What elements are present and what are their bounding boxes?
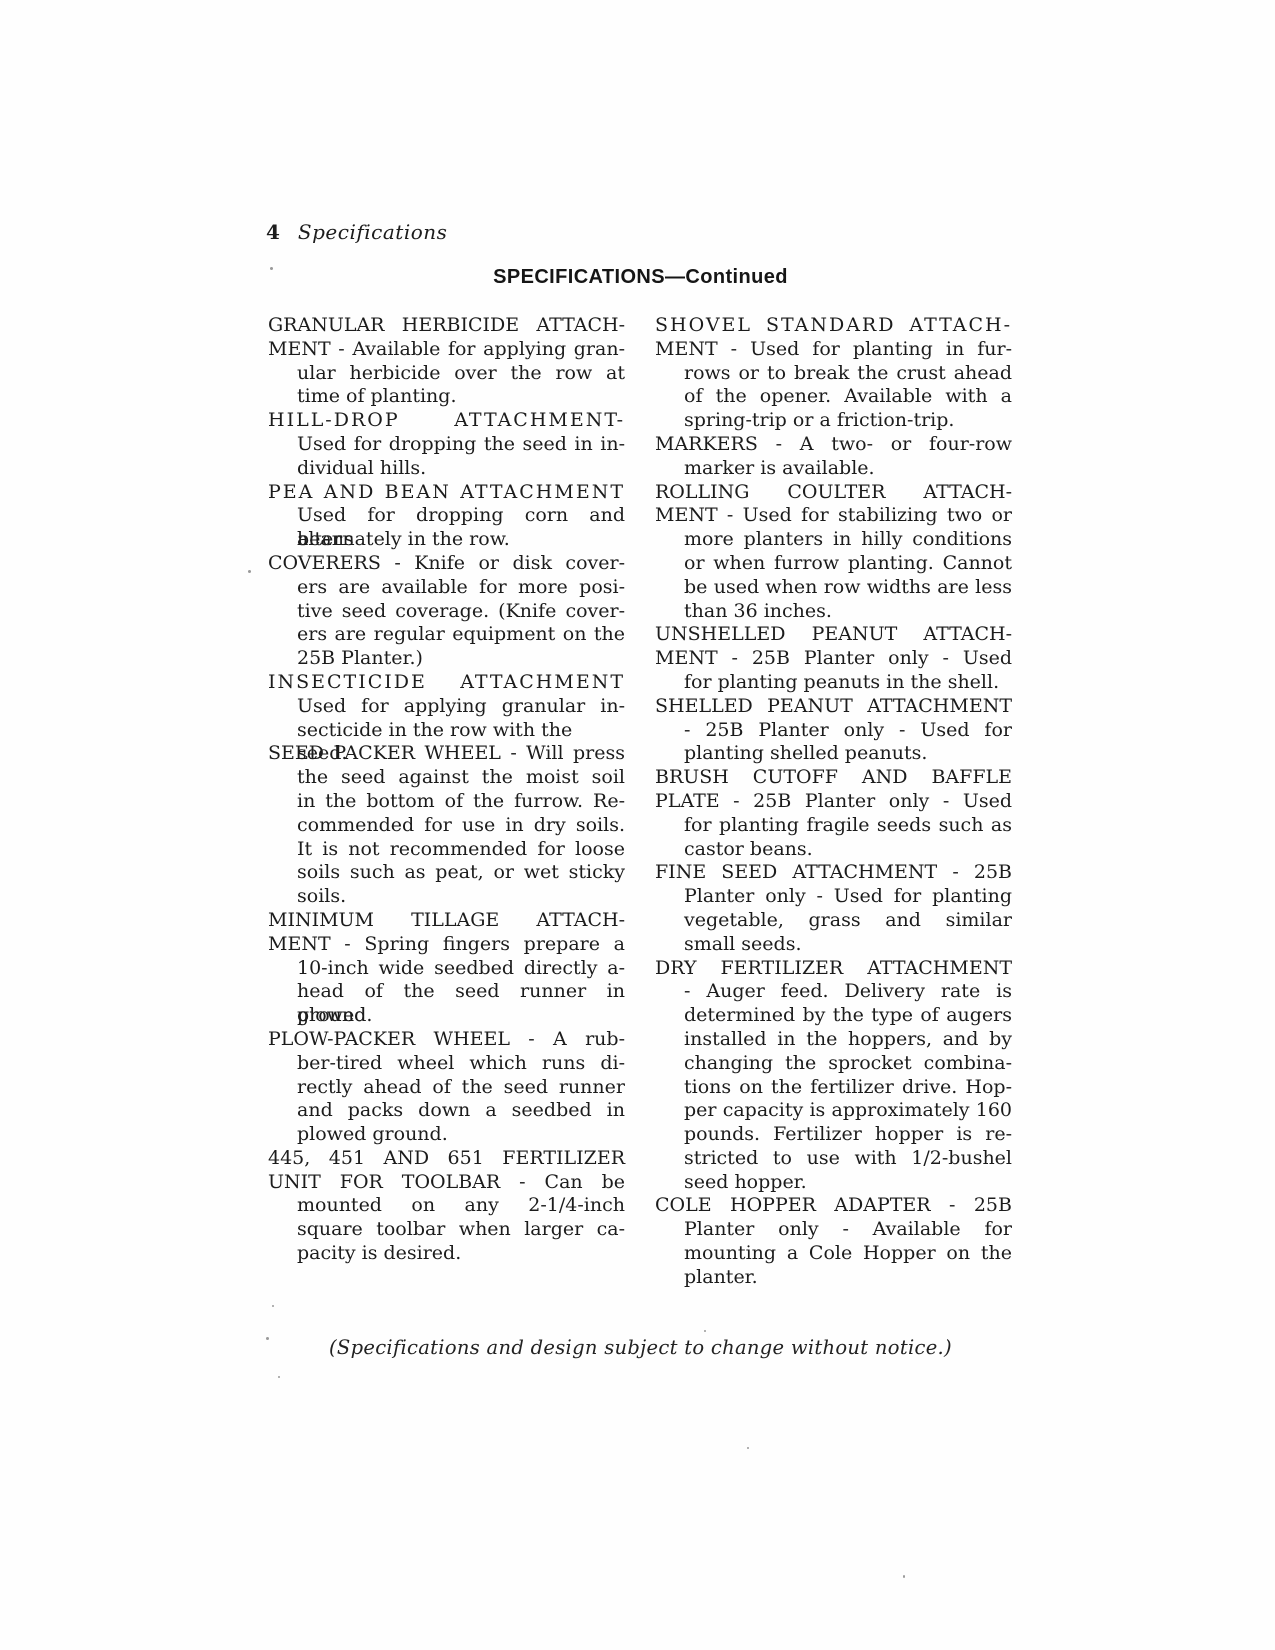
spec-line: mounting a Cole Hopper on the — [655, 1242, 1012, 1266]
spec-line: of the opener. Available with a — [655, 385, 1012, 409]
spec-line: ers are regular equipment on the — [268, 623, 625, 647]
page-number: 4 — [266, 220, 280, 244]
section-heading: SPECIFICATIONS—Continued — [268, 266, 1013, 289]
spec-line: PLOW-PACKER WHEEL - A rub- — [268, 1028, 625, 1052]
spec-line: DRY FERTILIZER ATTACHMENT — [655, 957, 1012, 981]
spec-line: rows or to break the crust ahead — [655, 362, 1012, 386]
spec-line: UNSHELLED PEANUT ATTACH- — [655, 623, 1012, 647]
spec-line: PEA AND BEAN ATTACHMENT — [268, 481, 625, 505]
spec-line: soils. — [268, 885, 625, 909]
spec-line: for planting fragile seeds such as — [655, 814, 1012, 838]
scan-speck — [747, 1447, 749, 1449]
spec-line: COLE HOPPER ADAPTER - 25B — [655, 1194, 1012, 1218]
spec-line: than 36 inches. — [655, 600, 1012, 624]
spec-line: mounted on any 2-1/4-inch — [268, 1194, 625, 1218]
spec-line: plowed ground. — [268, 1123, 625, 1147]
spec-line: marker is available. — [655, 457, 1012, 481]
spec-line: or when furrow planting. Cannot — [655, 552, 1012, 576]
spec-line: MARKERS - A two- or four-row — [655, 433, 1012, 457]
spec-line: spring-trip or a friction-trip. — [655, 409, 1012, 433]
spec-line: - Auger feed. Delivery rate is — [655, 980, 1012, 1004]
spec-line: SHOVEL STANDARD ATTACH- — [655, 314, 1012, 338]
spec-line: BRUSH CUTOFF AND BAFFLE — [655, 766, 1012, 790]
spec-line: in the bottom of the furrow. Re- — [268, 790, 625, 814]
spec-line: vegetable, grass and similar — [655, 909, 1012, 933]
spec-line: changing the sprocket combina- — [655, 1052, 1012, 1076]
spec-line: ground. — [268, 1004, 625, 1028]
page-header: 4Specifications — [266, 220, 447, 244]
spec-line: time of planting. — [268, 385, 625, 409]
spec-line: secticide in the row with the seed. — [268, 719, 625, 743]
scan-speck — [266, 1337, 269, 1340]
spec-line: GRANULAR HERBICIDE ATTACH- — [268, 314, 625, 338]
spec-line: alternately in the row. — [268, 528, 625, 552]
running-title: Specifications — [298, 220, 447, 244]
spec-line: for planting peanuts in the shell. — [655, 671, 1012, 695]
scan-speck — [704, 1330, 706, 1332]
spec-line: ROLLING COULTER ATTACH- — [655, 481, 1012, 505]
left-column: GRANULAR HERBICIDE ATTACH-MENT - Availab… — [268, 314, 625, 1266]
spec-line: stricted to use with 1/2-bushel — [655, 1147, 1012, 1171]
spec-line: per capacity is approximately 160 — [655, 1099, 1012, 1123]
spec-line: determined by the type of augers — [655, 1004, 1012, 1028]
scan-speck — [272, 1305, 274, 1307]
spec-line: MENT - Used for stabilizing two or — [655, 504, 1012, 528]
spec-line: pounds. Fertilizer hopper is re- — [655, 1123, 1012, 1147]
spec-line: installed in the hoppers, and by — [655, 1028, 1012, 1052]
spec-line: rectly ahead of the seed runner — [268, 1076, 625, 1100]
spec-line: Used for dropping corn and beans — [268, 504, 625, 528]
spec-line: tions on the fertilizer drive. Hop- — [655, 1076, 1012, 1100]
spec-line: Planter only - Used for planting — [655, 885, 1012, 909]
spec-line: MENT - 25B Planter only - Used — [655, 647, 1012, 671]
spec-line: It is not recommended for loose — [268, 838, 625, 862]
spec-line: MENT - Used for planting in fur- — [655, 338, 1012, 362]
spec-line: planting shelled peanuts. — [655, 742, 1012, 766]
spec-line: tive seed coverage. (Knife cover- — [268, 600, 625, 624]
spec-line: PLATE - 25B Planter only - Used — [655, 790, 1012, 814]
spec-line: SEED PACKER WHEEL - Will press — [268, 742, 625, 766]
spec-line: ber-tired wheel which runs di- — [268, 1052, 625, 1076]
spec-line: soils such as peat, or wet sticky — [268, 861, 625, 885]
spec-line: COVERERS - Knife or disk cover- — [268, 552, 625, 576]
spec-line: INSECTICIDE ATTACHMENT — [268, 671, 625, 695]
spec-line: square toolbar when larger ca- — [268, 1218, 625, 1242]
spec-line: commended for use in dry soils. — [268, 814, 625, 838]
spec-line: 445, 451 AND 651 FERTILIZER — [268, 1147, 625, 1171]
spec-line: small seeds. — [655, 933, 1012, 957]
spec-line: MENT - Spring fingers prepare a — [268, 933, 625, 957]
manual-page: 4Specifications SPECIFICATIONS—Continued… — [0, 0, 1275, 1650]
scan-speck — [270, 267, 273, 270]
spec-line: more planters in hilly conditions — [655, 528, 1012, 552]
spec-line: planter. — [655, 1266, 1012, 1290]
spec-line: dividual hills. — [268, 457, 625, 481]
spec-line: ular herbicide over the row at — [268, 362, 625, 386]
spec-line: HILL-DROP ATTACHMENT- — [268, 409, 625, 433]
spec-line: SHELLED PEANUT ATTACHMENT — [655, 695, 1012, 719]
footer-note: (Specifications and design subject to ch… — [268, 1336, 1013, 1359]
spec-line: UNIT FOR TOOLBAR - Can be — [268, 1171, 625, 1195]
spec-line: pacity is desired. — [268, 1242, 625, 1266]
spec-line: - 25B Planter only - Used for — [655, 719, 1012, 743]
spec-line: ers are available for more posi- — [268, 576, 625, 600]
spec-line: and packs down a seedbed in — [268, 1099, 625, 1123]
spec-line: 10-inch wide seedbed directly a- — [268, 957, 625, 981]
spec-line: head of the seed runner in plowed — [268, 980, 625, 1004]
spec-line: seed hopper. — [655, 1171, 1012, 1195]
right-column: SHOVEL STANDARD ATTACH-MENT - Used for p… — [655, 314, 1012, 1290]
spec-line: be used when row widths are less — [655, 576, 1012, 600]
spec-line: Planter only - Available for — [655, 1218, 1012, 1242]
spec-line: Used for dropping the seed in in- — [268, 433, 625, 457]
spec-line: FINE SEED ATTACHMENT - 25B — [655, 861, 1012, 885]
spec-line: 25B Planter.) — [268, 647, 625, 671]
spec-line: the seed against the moist soil — [268, 766, 625, 790]
spec-line: MINIMUM TILLAGE ATTACH- — [268, 909, 625, 933]
spec-line: MENT - Available for applying gran- — [268, 338, 625, 362]
scan-speck — [248, 570, 251, 573]
scan-speck — [278, 1376, 280, 1378]
spec-line: castor beans. — [655, 838, 1012, 862]
scan-speck — [903, 1575, 905, 1578]
spec-line: Used for applying granular in- — [268, 695, 625, 719]
